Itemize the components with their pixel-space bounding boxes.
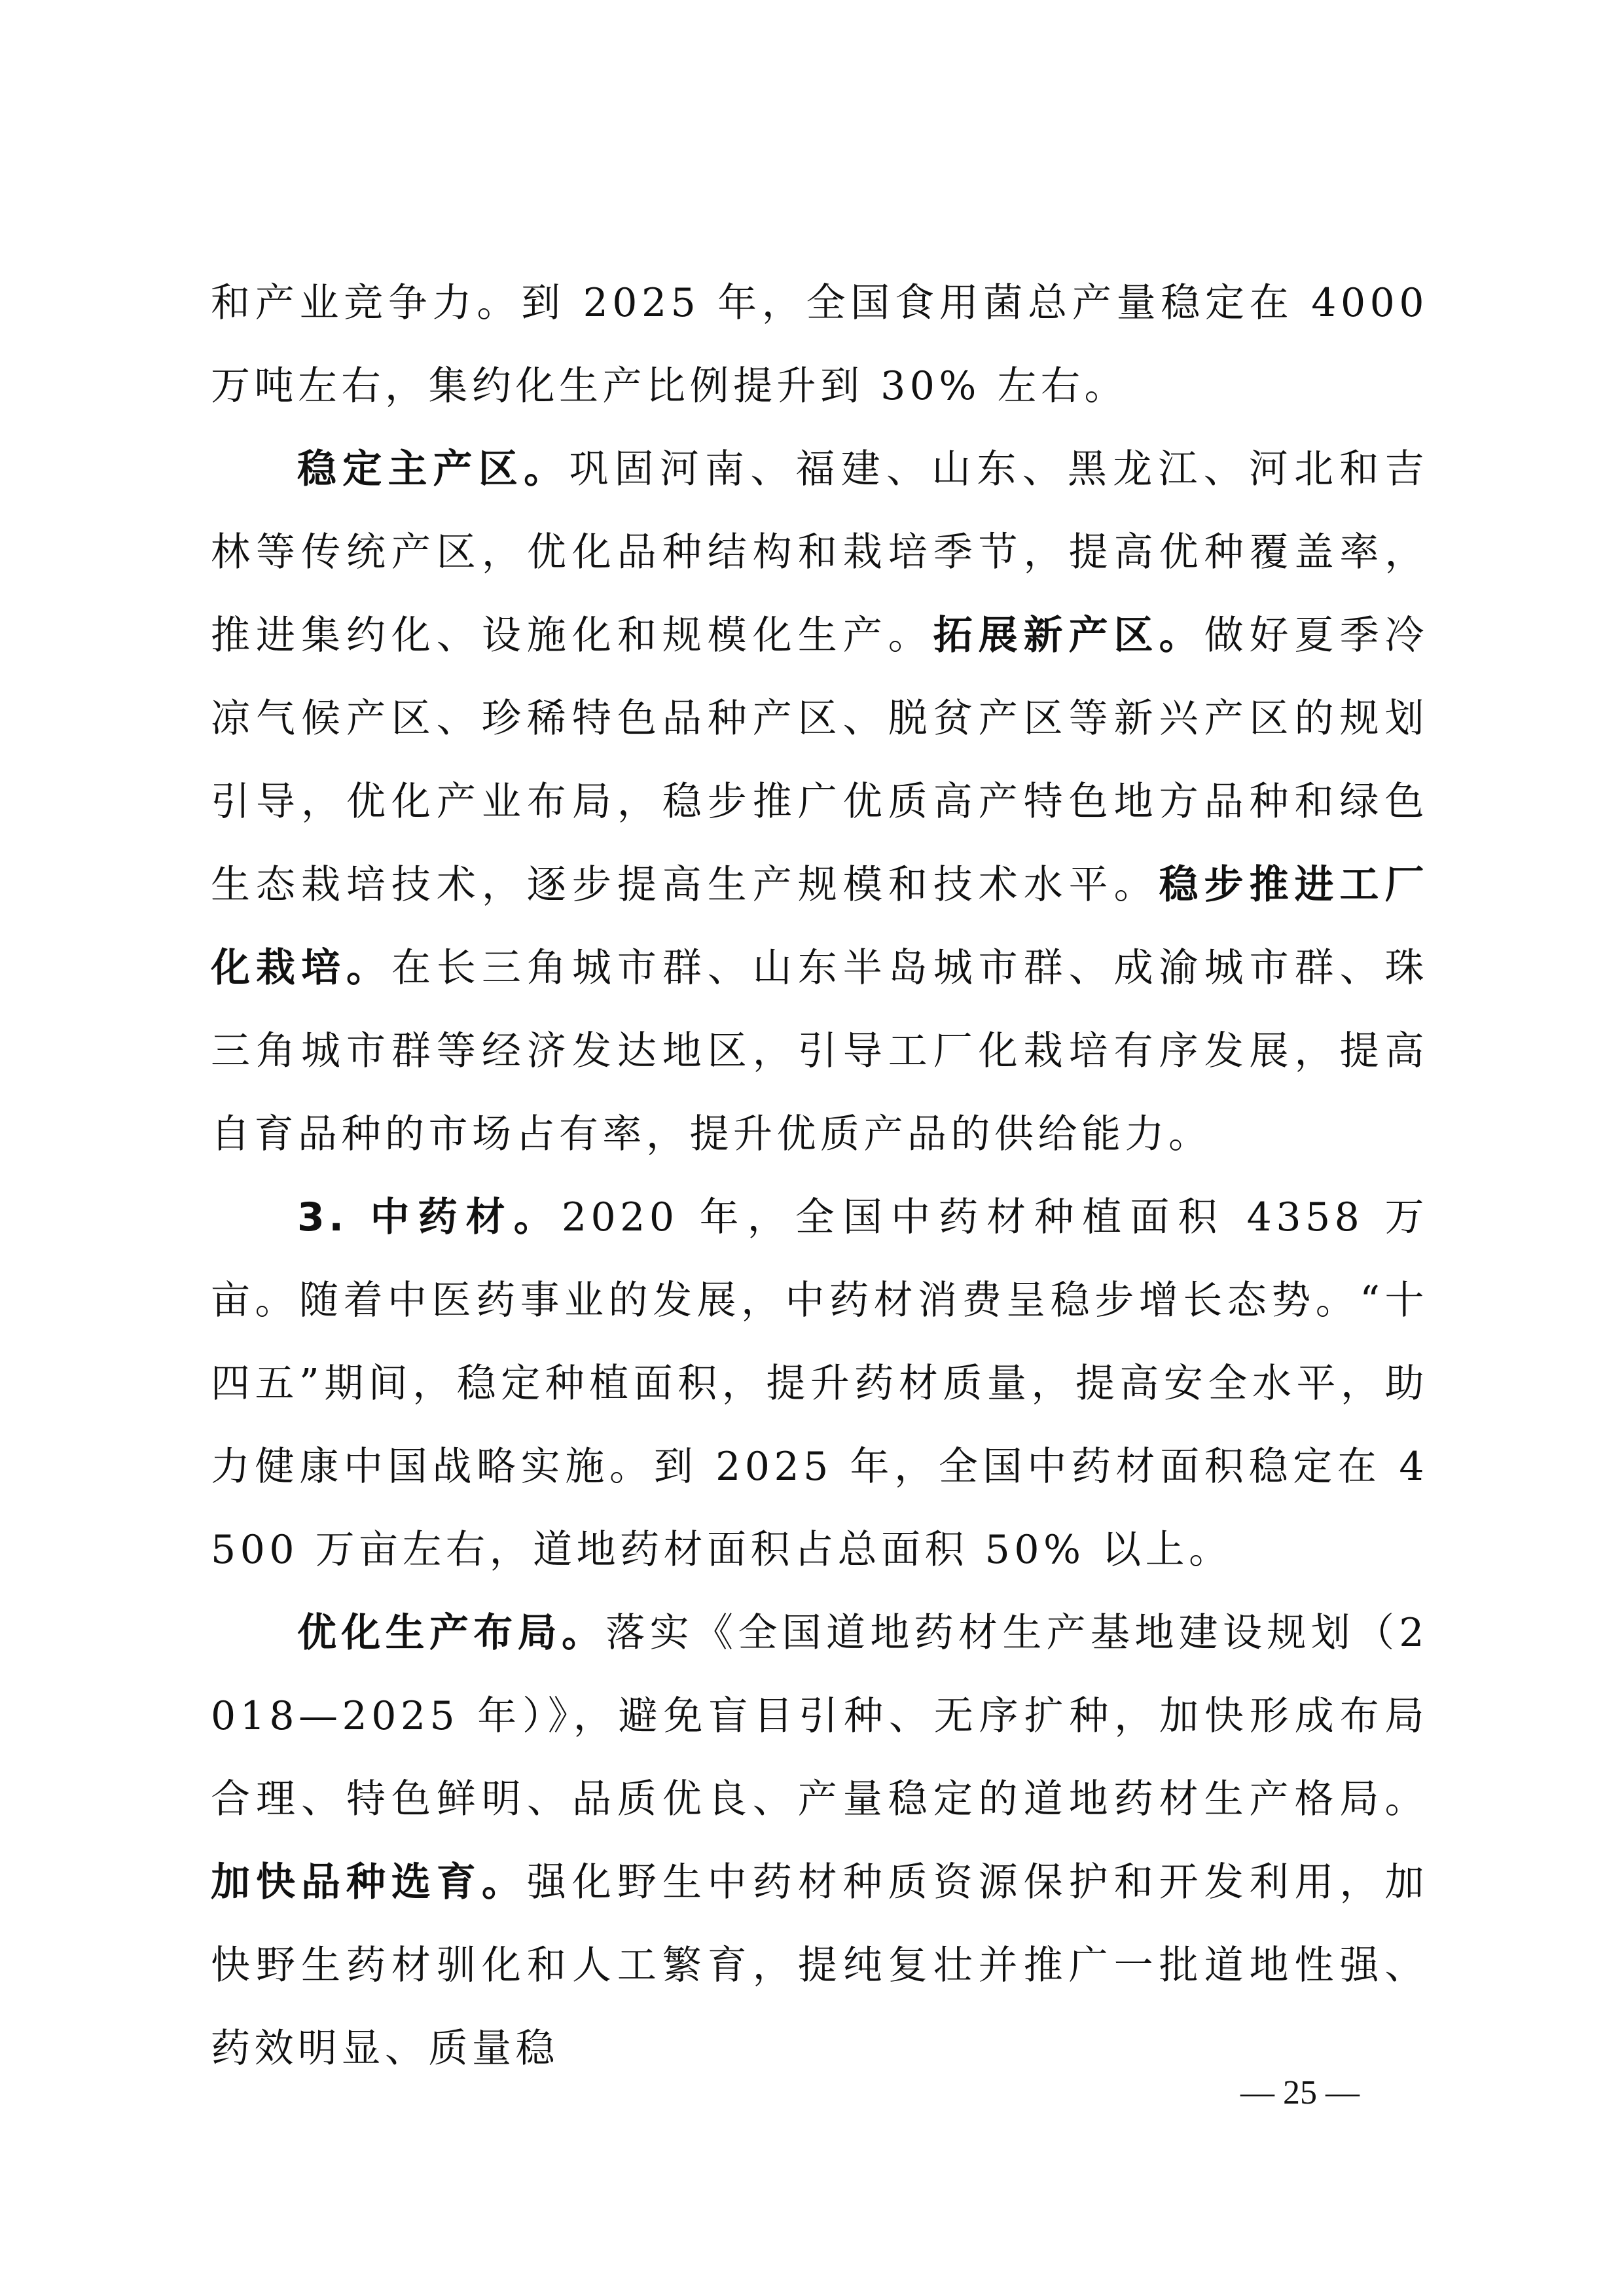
paragraph-herbal-layout-breeding: 优化生产布局。落实《全国道地药材生产基地建设规划（2018—2025 年）》，避… (211, 1592, 1428, 2090)
paragraph-fungi-regions: 稳定主产区。巩固河南、福建、山东、黑龙江、河北和吉林等传统产区，优化品种结构和栽… (211, 428, 1428, 1176)
heading-optimize-layout: 优化生产布局。 (297, 1610, 605, 1656)
heading-stabilize-main-region: 稳定主产区。 (297, 446, 569, 492)
page-number: — 25 — (1240, 2073, 1360, 2112)
document-page: 和产业竞争力。到 2025 年，全国食用菌总产量稳定在 4000 万吨左右，集约… (211, 262, 1428, 2090)
paragraph-edible-fungi-target: 和产业竞争力。到 2025 年，全国食用菌总产量稳定在 4000 万吨左右，集约… (211, 262, 1428, 428)
heading-expand-new-region: 拓展新产区。 (933, 613, 1204, 658)
text-segment: 2020 年，全国中药材种植面积 4358 万亩。随着中医药事业的发展，中药材消… (211, 1194, 1428, 1573)
section-heading-herbal-medicine: 3. 中药材。 (297, 1194, 562, 1240)
text-segment: 在长三角城市群、山东半岛城市群、成渝城市群、珠三角城市群等经济发达地区，引导工厂… (211, 945, 1428, 1157)
heading-accelerate-breeding: 加快品种选育。 (211, 1859, 527, 1905)
paragraph-chinese-herbal-medicine: 3. 中药材。2020 年，全国中药材种植面积 4358 万亩。随着中医药事业的… (211, 1176, 1428, 1592)
text-segment: 和产业竞争力。到 2025 年，全国食用菌总产量稳定在 4000 万吨左右，集约… (211, 280, 1428, 409)
